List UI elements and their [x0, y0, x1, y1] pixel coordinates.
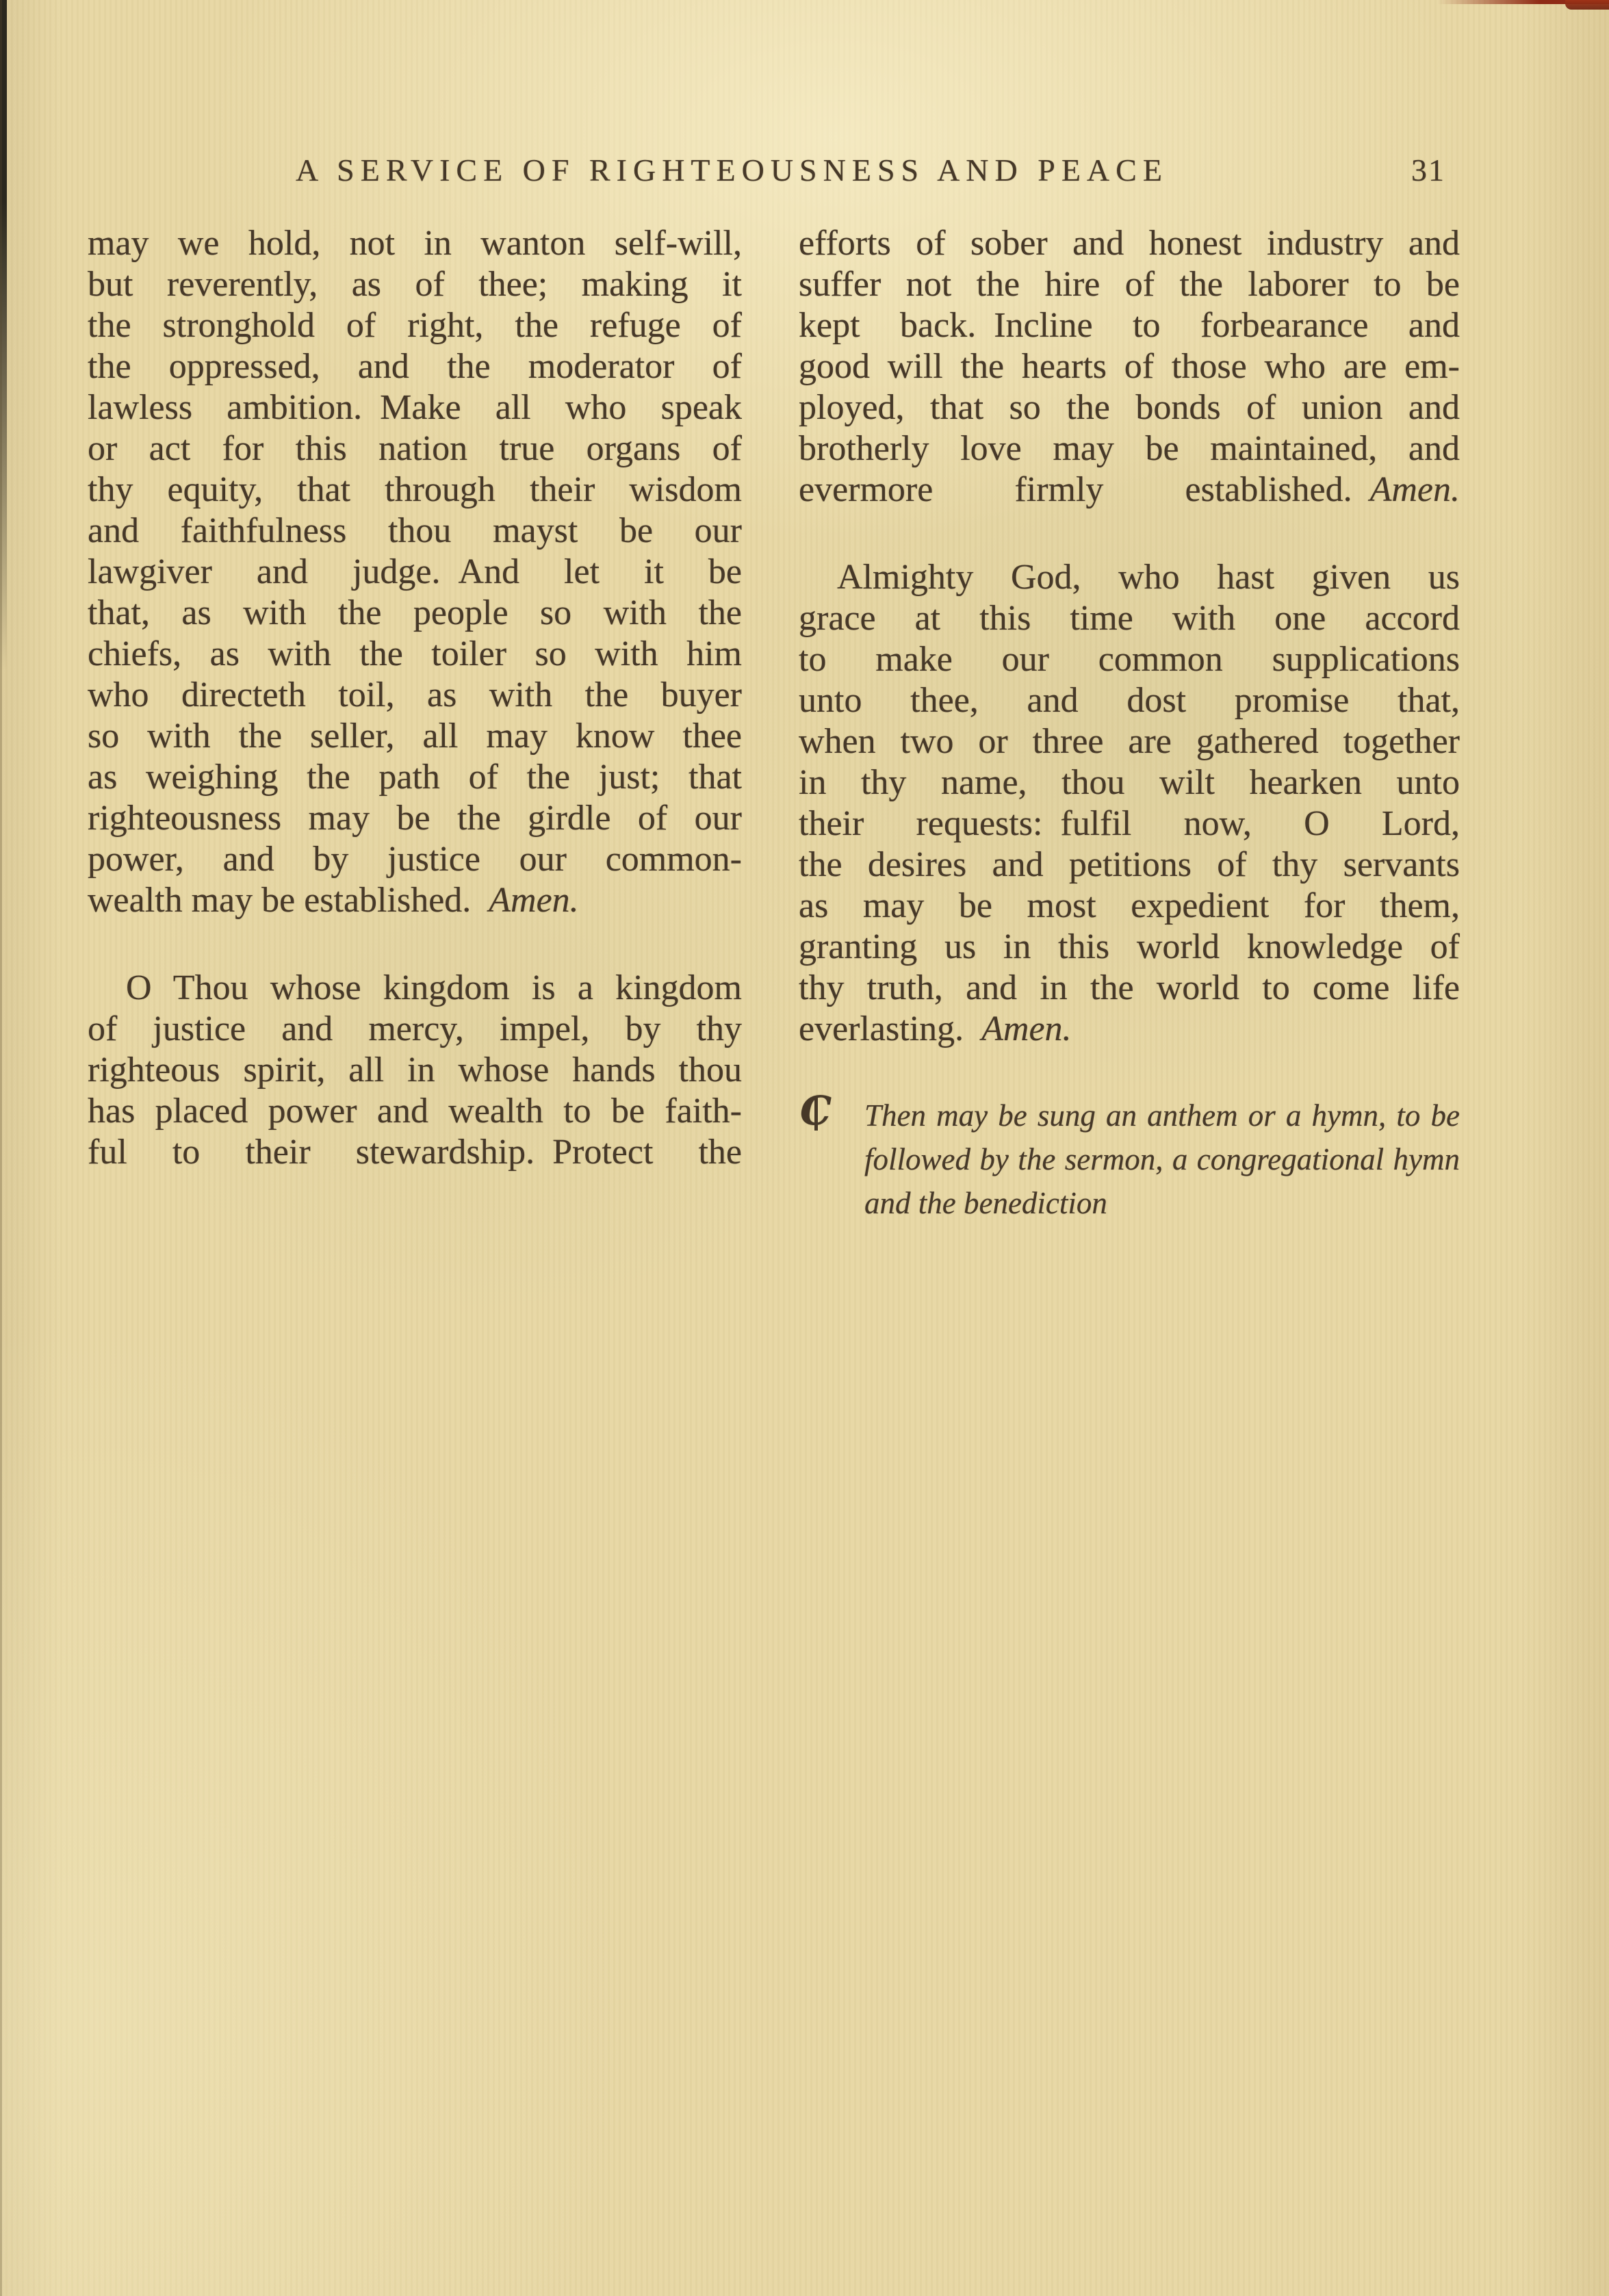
text-line: thy equity, that through their wisdom — [88, 469, 742, 511]
text-line: Almighty God, who hast given us — [799, 557, 1460, 598]
text-line: that, as with the people so with the — [88, 593, 742, 634]
running-header-title: A SERVICE OF RIGHTEOUSNESS AND PEACE — [296, 152, 1168, 188]
text-line: may we hold, not in wanton self-will, — [88, 223, 742, 264]
text-line: or act for this nation true organs of — [88, 428, 742, 469]
rubric-line: followed by the sermon, a congregational… — [864, 1137, 1460, 1181]
text-line: efforts of sober and honest industry and — [799, 223, 1460, 264]
text-line: evermore firmly established. Amen. — [799, 469, 1460, 511]
text-segment: kept back. Incline to forbearance and — [799, 306, 1460, 345]
amen-text: Amen. — [489, 881, 578, 920]
text-segment: but reverently, as of thee; making it — [88, 265, 742, 304]
text-line: the oppressed, and the moderator of — [88, 346, 742, 387]
paragraph: efforts of sober and honest industry and… — [799, 223, 1460, 511]
text-segment: everlasting. — [799, 1009, 981, 1048]
text-segment: may we hold, not in wanton self-will, — [88, 224, 742, 263]
text-segment: suffer not the hire of the laborer to be — [799, 265, 1460, 304]
text-segment: has placed power and wealth to be faith- — [88, 1092, 742, 1131]
text-column-right: efforts of sober and honest industry and… — [799, 223, 1460, 1225]
text-segment: wealth may be established. — [88, 881, 489, 920]
amen-text: Amen. — [981, 1009, 1071, 1048]
text-segment: lawless ambition. Make all who speak — [88, 388, 742, 427]
text-segment: the stronghold of right, the refuge of — [88, 306, 742, 345]
text-line: in thy name, thou wilt hearken unto — [799, 762, 1460, 803]
text-line: but reverently, as of thee; making it — [88, 264, 742, 305]
text-segment: their requests: fulfil now, O Lord, — [799, 804, 1460, 843]
rubric-line: Then may be sung an anthem or a hymn, to… — [864, 1094, 1460, 1137]
text-segment: O Thou whose kingdom is a kingdom — [126, 968, 742, 1007]
text-segment: power, and by justice our common- — [88, 840, 742, 879]
text-line: lawgiver and judge. And let it be — [88, 552, 742, 593]
text-line: righteousness may be the girdle of our — [88, 798, 742, 839]
text-segment: to make our common supplications — [799, 640, 1460, 679]
text-segment: granting us in this world knowledge of — [799, 927, 1460, 966]
text-line: O Thou whose kingdom is a kingdom — [88, 968, 742, 1009]
text-line: grace at this time with one accord — [799, 598, 1460, 639]
paragraph: Almighty God, who hast given usgrace at … — [799, 557, 1460, 1050]
text-segment: the oppressed, and the moderator of — [88, 347, 742, 386]
rubric-line: and the benediction — [864, 1181, 1460, 1225]
text-line: and faithfulness thou mayst be our — [88, 511, 742, 552]
book-page: A SERVICE OF RIGHTEOUSNESS AND PEACE 31 … — [0, 0, 1609, 2296]
rubric-capitulum-mark: C — [800, 1091, 832, 1131]
text-segment: thy truth, and in the world to come life — [799, 968, 1460, 1007]
text-segment: chiefs, as with the toiler so with him — [88, 634, 742, 673]
text-line: who directeth toil, as with the buyer — [88, 675, 742, 716]
text-segment: who directeth toil, as with the buyer — [88, 675, 742, 714]
text-line: chiefs, as with the toiler so with him — [88, 634, 742, 675]
text-segment: as may be most expedient for them, — [799, 886, 1460, 925]
text-line: of justice and mercy, impel, by thy — [88, 1009, 742, 1050]
text-line: brotherly love may be maintained, and — [799, 428, 1460, 469]
text-segment: lawgiver and judge. And let it be — [88, 552, 742, 591]
text-line: as weighing the path of the just; that — [88, 757, 742, 798]
text-line: so with the seller, all may know thee — [88, 716, 742, 757]
text-line: lawless ambition. Make all who speak — [88, 387, 742, 428]
text-segment: evermore firmly established. — [799, 470, 1370, 509]
text-segment: so with the seller, all may know thee — [88, 717, 742, 756]
text-line: righteous spirit, all in whose hands tho… — [88, 1050, 742, 1091]
paragraph: O Thou whose kingdom is a kingdomof just… — [88, 968, 742, 1173]
text-line: power, and by justice our common- — [88, 839, 742, 880]
text-segment: when two or three are gathered together — [799, 722, 1460, 761]
text-segment: Almighty God, who hast given us — [837, 558, 1460, 597]
book-cover-red-corner — [1565, 0, 1609, 10]
rubric: CThen may be sung an anthem or a hymn, t… — [799, 1094, 1460, 1225]
text-segment: efforts of sober and honest industry and — [799, 224, 1460, 263]
text-segment: that, as with the people so with the — [88, 593, 742, 632]
text-line: as may be most expedient for them, — [799, 886, 1460, 927]
text-line: thy truth, and in the world to come life — [799, 968, 1460, 1009]
text-segment: in thy name, thou wilt hearken unto — [799, 763, 1460, 802]
text-segment: brotherly love may be maintained, and — [799, 429, 1460, 468]
text-line: everlasting. Amen. — [799, 1009, 1460, 1050]
text-column-left: may we hold, not in wanton self-will,but… — [88, 223, 742, 1173]
text-segment: ful to their stewardship. Protect the — [88, 1133, 742, 1172]
text-segment: grace at this time with one accord — [799, 599, 1460, 638]
text-segment: as weighing the path of the just; that — [88, 758, 742, 797]
scan-left-edge-line — [0, 0, 2, 2296]
text-line: granting us in this world knowledge of — [799, 927, 1460, 968]
text-segment: unto thee, and dost promise that, — [799, 681, 1460, 720]
text-line: wealth may be established. Amen. — [88, 880, 742, 921]
text-line: has placed power and wealth to be faith- — [88, 1091, 742, 1132]
text-segment: thy equity, that through their wisdom — [88, 470, 742, 509]
text-segment: righteousness may be the girdle of our — [88, 799, 742, 838]
paragraph: may we hold, not in wanton self-will,but… — [88, 223, 742, 921]
text-segment: or act for this nation true organs of — [88, 429, 742, 468]
text-line: ployed, that so the bonds of union and — [799, 387, 1460, 428]
text-line: kept back. Incline to forbearance and — [799, 305, 1460, 346]
text-line: good will the hearts of those who are em… — [799, 346, 1460, 387]
text-line: the desires and petitions of thy servant… — [799, 844, 1460, 886]
text-line: suffer not the hire of the laborer to be — [799, 264, 1460, 305]
text-segment: ployed, that so the bonds of union and — [799, 388, 1460, 427]
text-line: unto thee, and dost promise that, — [799, 680, 1460, 721]
text-line: to make our common supplications — [799, 639, 1460, 680]
text-line: when two or three are gathered together — [799, 721, 1460, 762]
text-segment: righteous spirit, all in whose hands tho… — [88, 1050, 742, 1089]
text-segment: of justice and mercy, impel, by thy — [88, 1009, 742, 1048]
amen-text: Amen. — [1370, 470, 1460, 509]
text-segment: the desires and petitions of thy servant… — [799, 845, 1460, 884]
text-line: their requests: fulfil now, O Lord, — [799, 803, 1460, 844]
text-segment: and faithfulness thou mayst be our — [88, 511, 742, 550]
text-segment: good will the hearts of those who are em… — [799, 347, 1460, 386]
text-line: ful to their stewardship. Protect the — [88, 1132, 742, 1173]
page-number: 31 — [1411, 152, 1445, 188]
text-line: the stronghold of right, the refuge of — [88, 305, 742, 346]
